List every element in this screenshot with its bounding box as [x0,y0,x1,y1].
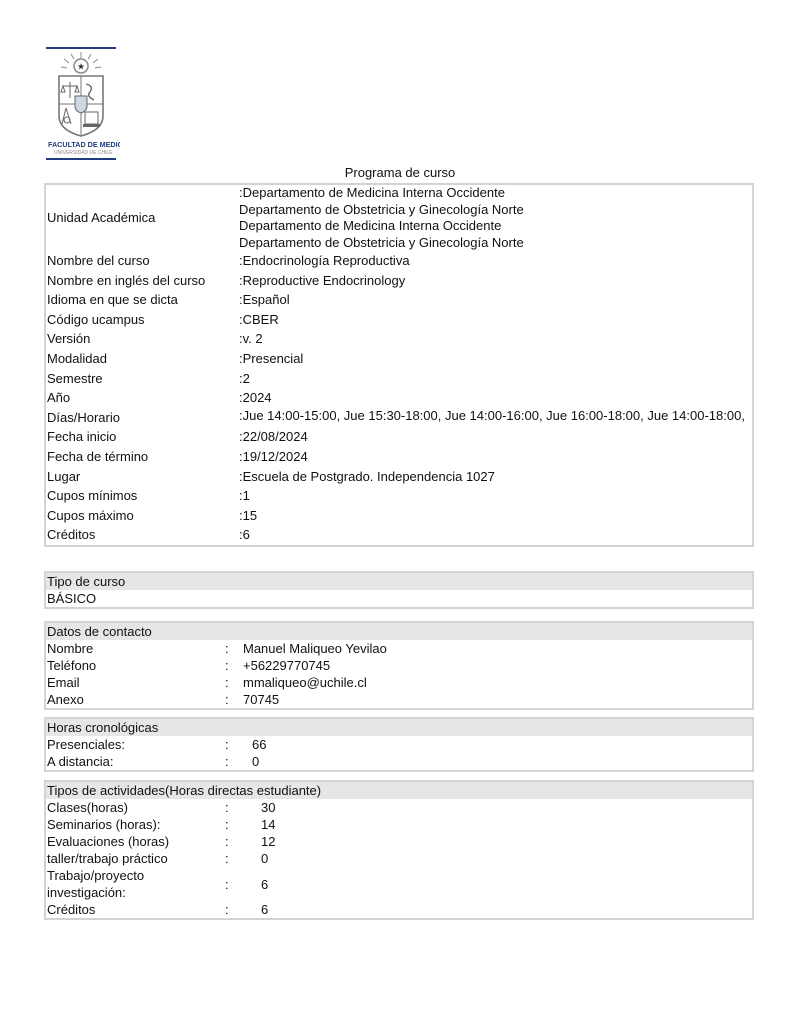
actividades-sep: : [225,833,261,850]
actividades-sep: : [225,867,261,901]
actividades-label: Trabajo/proyecto investigación: [46,867,225,901]
info-value: :Departamento de Medicina Interna Occide… [239,185,752,251]
info-value: :1 [239,486,752,506]
contacto-row: Email:mmaliqueo@uchile.cl [46,674,752,691]
horas-row: A distancia::0 [46,753,752,770]
info-label: Lugar [46,467,239,487]
contacto-row: Anexo:70745 [46,691,752,708]
info-label: Fecha de término [46,447,239,467]
contact-section: Datos de contacto Nombre:Manuel Maliqueo… [44,621,754,710]
actividades-label: taller/trabajo práctico [46,850,225,867]
actividades-value: 14 [261,816,752,833]
actividades-sep: : [225,901,261,918]
info-row: Créditos:6 [46,525,752,545]
actividades-label: Créditos [46,901,225,918]
info-label: Días/Horario [46,408,239,428]
info-value: :22/08/2024 [239,427,752,447]
info-row: Versión:v. 2 [46,329,752,349]
info-value: :15 [239,506,752,526]
actividades-label: Clases(horas) [46,799,225,816]
info-label: Año [46,388,239,408]
contacto-sep: : [225,640,243,657]
info-row: Nombre del curso:Endocrinología Reproduc… [46,251,752,271]
contacto-value: Manuel Maliqueo Yevilao [243,640,752,657]
info-value: :Escuela de Postgrado. Independencia 102… [239,467,752,487]
info-label: Cupos mínimos [46,486,239,506]
actividades-label: Seminarios (horas): [46,816,225,833]
contacto-label: Teléfono [46,657,225,674]
actividades-row: taller/trabajo práctico:0 [46,850,752,867]
info-value: :Español [239,290,752,310]
info-label: Unidad Académica [46,185,239,251]
actividades-value: 6 [261,867,752,901]
horas-sep: : [225,736,252,753]
actividades-value: 30 [261,799,752,816]
contacto-label: Anexo [46,691,225,708]
contacto-row: Teléfono:+56229770745 [46,657,752,674]
section-header: Tipo de curso [46,573,752,590]
actividades-label: Evaluaciones (horas) [46,833,225,850]
info-value: :2024 [239,388,752,408]
contacto-sep: : [225,657,243,674]
info-row: Modalidad:Presencial [46,349,752,369]
info-value: :CBER [239,310,752,330]
actividades-row: Créditos:6 [46,901,752,918]
info-label: Versión [46,329,239,349]
info-label: Modalidad [46,349,239,369]
info-label: Idioma en que se dicta [46,290,239,310]
info-row: Días/Horario:Jue 14:00-15:00, Jue 15:30-… [46,408,752,428]
section-header: Horas cronológicas [46,719,752,736]
info-value: :6 [239,525,752,545]
university-crest-icon: ★ FACULTAD DE MEDICINA UNIVERSIDAD DE CH… [44,46,120,162]
document-title: Programa de curso [0,165,800,181]
info-label: Fecha inicio [46,427,239,447]
info-row: Año:2024 [46,388,752,408]
section-header: Datos de contacto [46,623,752,640]
actividades-sep: : [225,816,261,833]
actividades-row: Seminarios (horas)::14 [46,816,752,833]
hours-section: Horas cronológicas Presenciales::66A dis… [44,717,754,772]
actividades-sep: : [225,850,261,867]
contacto-value[interactable]: mmaliqueo@uchile.cl [243,674,752,691]
horas-row: Presenciales::66 [46,736,752,753]
contacto-row: Nombre:Manuel Maliqueo Yevilao [46,640,752,657]
info-row: Código ucampus:CBER [46,310,752,330]
info-row: Cupos mínimos:1 [46,486,752,506]
faculty-logo: ★ FACULTAD DE MEDICINA UNIVERSIDAD DE CH… [44,46,120,162]
info-label: Código ucampus [46,310,239,330]
info-label: Cupos máximo [46,506,239,526]
course-type-value: BÁSICO [46,590,752,607]
info-row: Lugar:Escuela de Postgrado. Independenci… [46,467,752,487]
actividades-value: 6 [261,901,752,918]
info-value: :Endocrinología Reproductiva [239,251,752,271]
info-value: :Reproductive Endocrinology [239,271,752,291]
actividades-row: Clases(horas):30 [46,799,752,816]
info-row: Unidad Académica:Departamento de Medicin… [46,185,752,251]
horas-label: Presenciales: [46,736,225,753]
info-value: :Presencial [239,349,752,369]
info-label: Créditos [46,525,239,545]
activities-section: Tipos de actividades(Horas directas estu… [44,780,754,920]
section-header: Tipos de actividades(Horas directas estu… [46,782,752,799]
contacto-value: +56229770745 [243,657,752,674]
actividades-sep: : [225,799,261,816]
info-label: Semestre [46,369,239,389]
contacto-label: Email [46,674,225,691]
info-row: Fecha de término:19/12/2024 [46,447,752,467]
info-label: Nombre en inglés del curso [46,271,239,291]
course-type-section: Tipo de curso BÁSICO [44,571,754,609]
actividades-row: Trabajo/proyecto investigación::6 [46,867,752,901]
actividades-row: Evaluaciones (horas):12 [46,833,752,850]
info-row: Cupos máximo:15 [46,506,752,526]
actividades-value: 12 [261,833,752,850]
info-value: :Jue 14:00-15:00, Jue 15:30-18:00, Jue 1… [239,408,752,428]
info-row: Semestre:2 [46,369,752,389]
actividades-value: 0 [261,850,752,867]
info-row: Nombre en inglés del curso:Reproductive … [46,271,752,291]
info-value: :v. 2 [239,329,752,349]
svg-text:FACULTAD DE MEDICINA: FACULTAD DE MEDICINA [48,140,120,149]
info-value: :19/12/2024 [239,447,752,467]
horas-value: 0 [252,753,752,770]
horas-value: 66 [252,736,752,753]
info-row: Idioma en que se dicta:Español [46,290,752,310]
svg-text:UNIVERSIDAD DE CHILE: UNIVERSIDAD DE CHILE [54,150,113,156]
horas-sep: : [225,753,252,770]
horas-label: A distancia: [46,753,225,770]
info-row: Fecha inicio:22/08/2024 [46,427,752,447]
info-label: Nombre del curso [46,251,239,271]
contacto-sep: : [225,674,243,691]
svg-text:★: ★ [77,63,85,73]
course-info-table: Unidad Académica:Departamento de Medicin… [44,183,754,547]
contacto-sep: : [225,691,243,708]
contacto-value: 70745 [243,691,752,708]
contacto-label: Nombre [46,640,225,657]
info-value: :2 [239,369,752,389]
